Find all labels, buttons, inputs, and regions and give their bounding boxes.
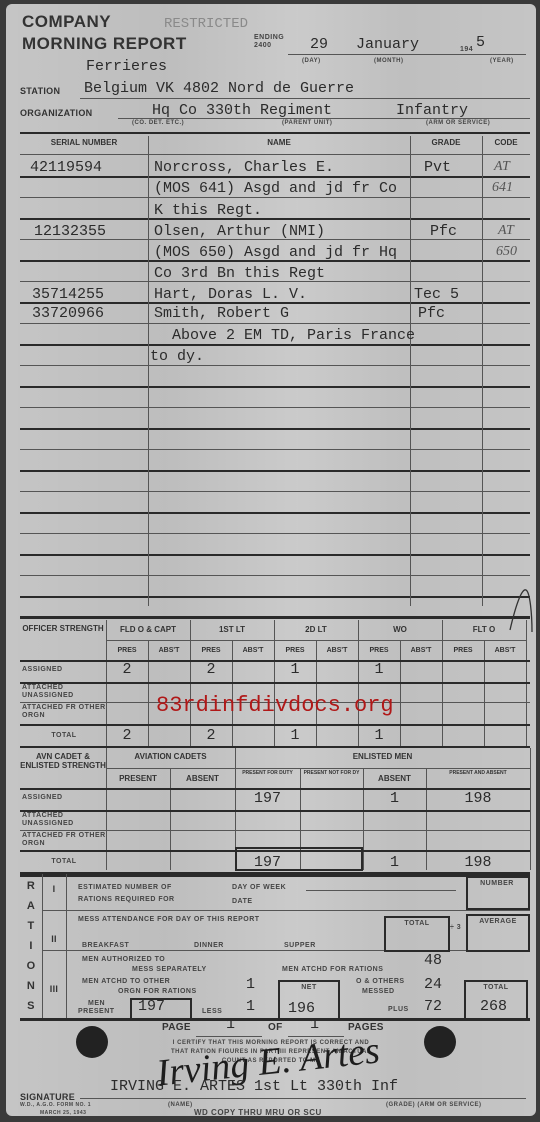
org-caption-arm: (ARM OR SERVICE) xyxy=(426,120,490,126)
roster-rule xyxy=(20,533,530,534)
officer-count-cell: 2 xyxy=(106,727,148,744)
mess-separately-label-1: MEN AUTHORIZED TO xyxy=(82,956,165,963)
officer-group-header: WO xyxy=(358,625,442,634)
officer-col-divider xyxy=(148,640,149,746)
section-1-numeral: I xyxy=(42,884,66,894)
ending-time: 2400 xyxy=(254,42,272,49)
mess-attendance-label: MESS ATTENDANCE FOR DAY OF THIS REPORT xyxy=(78,916,260,923)
enlisted-col-header: ABSENT xyxy=(170,774,235,783)
officer-subcol-header: ABS'T xyxy=(400,647,442,654)
rations-required-label: RATIONS REQUIRED FOR xyxy=(78,896,175,903)
officer-count-cell: 1 xyxy=(358,727,400,744)
serial-number: 33720966 xyxy=(32,305,104,322)
enlisted-subheader-rule xyxy=(106,768,530,769)
officer-row-label: ATTACHED UNASSIGNED xyxy=(22,684,106,700)
roster-column-divider xyxy=(482,136,483,606)
men-atchd-for-rations-value: 48 xyxy=(424,952,442,969)
net-label: NET xyxy=(278,984,340,991)
serial-number: 35714255 xyxy=(32,286,104,303)
of-value: 1 xyxy=(310,1016,319,1033)
enlisted-col-divider xyxy=(170,768,171,870)
station-label: STATION xyxy=(20,86,60,96)
organization-unit: Hq Co 330th Regiment xyxy=(152,102,332,119)
roster-rule xyxy=(20,323,530,324)
soldier-name: Hart, Doras L. V. xyxy=(154,286,307,303)
rations-side-letter: R xyxy=(20,880,42,892)
serial-number: 42119594 xyxy=(30,159,102,176)
officers-others-value: 24 xyxy=(424,976,442,993)
code: 650 xyxy=(496,244,517,260)
rations-total-label: TOTAL xyxy=(464,984,528,991)
signer-typed-name: IRVING E. ARTES 1st Lt 330th Inf xyxy=(110,1078,398,1095)
supper-label: SUPPER xyxy=(284,942,316,949)
roster-rule xyxy=(20,575,530,576)
roster-column-divider xyxy=(148,136,149,606)
officer-row-rule xyxy=(20,724,530,726)
station-underline xyxy=(80,98,530,99)
rations-bottom-rule xyxy=(20,1018,530,1021)
signature-label: SIGNATURE xyxy=(20,1092,75,1102)
grade: Tec 5 xyxy=(414,286,459,303)
enlisted-count-cell: 198 xyxy=(426,854,530,871)
enlisted-men-header: ENLISTED MEN xyxy=(235,752,530,761)
of-label: OF xyxy=(268,1022,283,1033)
average-label: AVERAGE xyxy=(466,918,530,925)
men-atchd-other-label-2: ORGN FOR RATIONS xyxy=(118,988,197,995)
number-label: NUMBER xyxy=(466,880,528,887)
officer-subcol-header: PRES xyxy=(106,647,148,654)
col-code: CODE xyxy=(482,138,530,147)
present-total-box xyxy=(235,847,363,871)
rations-section-divider xyxy=(66,874,67,1018)
less-label: LESS xyxy=(202,1008,222,1015)
signature-underline xyxy=(80,1098,526,1099)
men-present-value: 197 xyxy=(138,998,165,1015)
officer-count-cell: 1 xyxy=(274,661,316,678)
enlisted-row-label: ATTACHED FR OTHER ORGN xyxy=(22,832,106,848)
year-caption: (YEAR) xyxy=(490,58,514,64)
officer-row-label: ASSIGNED xyxy=(22,666,106,674)
rations-side-letter: I xyxy=(20,940,42,952)
routing-note: WD COPY THRU MRU OR SCU xyxy=(194,1108,322,1117)
men-atchd-other-value: 1 xyxy=(246,976,255,993)
col-serial-number: SERIAL NUMBER xyxy=(20,138,148,147)
enlisted-col-divider xyxy=(530,748,531,870)
enlisted-col-header: PRESENT AND ABSENT xyxy=(426,770,530,777)
restricted-stamp: RESTRICTED xyxy=(164,16,248,32)
enlisted-row-label: TOTAL xyxy=(22,858,106,866)
enlisted-strength-title: AVN CADET & ENLISTED STRENGTH xyxy=(20,752,106,770)
station-extra: Ferrieres xyxy=(86,58,167,75)
officer-col-divider xyxy=(400,640,401,746)
breakfast-label: BREAKFAST xyxy=(82,942,129,949)
enlisted-row-label: ATTACHED UNASSIGNED xyxy=(22,812,106,828)
roster-rule xyxy=(20,554,530,556)
officer-subcol-header: PRES xyxy=(358,647,400,654)
rations-top-rule xyxy=(20,874,530,877)
officer-count-cell: 2 xyxy=(190,661,232,678)
section-2-numeral: II xyxy=(42,934,66,944)
officer-group-header: FLD O & CAPT xyxy=(106,625,190,634)
officer-subcol-header: ABS'T xyxy=(484,647,526,654)
watermark: 83rdinfdivdocs.org xyxy=(156,693,394,718)
code: AT xyxy=(498,223,514,239)
soldier-name: Co 3rd Bn this Regt xyxy=(154,265,325,282)
plus-label: PLUS xyxy=(388,1006,409,1013)
mess-total-label: TOTAL xyxy=(384,920,450,927)
binder-hole-right-icon xyxy=(424,1026,456,1058)
page-label: PAGE xyxy=(162,1022,191,1033)
soldier-name: (MOS 650) Asgd and jd fr Hq xyxy=(154,244,397,261)
officer-group-header: 2D LT xyxy=(274,625,358,634)
date-label: DATE xyxy=(232,898,253,905)
roster-rule xyxy=(20,470,530,472)
soldier-name: Smith, Robert G xyxy=(154,305,289,322)
organization-underline xyxy=(118,118,530,119)
rations-rule xyxy=(42,950,530,951)
men-atchd-for-rations-label: MEN ATCHD FOR RATIONS xyxy=(282,966,383,973)
org-caption-parent: (PARENT UNIT) xyxy=(282,120,332,126)
grade: Pvt xyxy=(424,159,451,176)
aviation-cadets-header: AVIATION CADETS xyxy=(106,752,235,761)
roster-rule xyxy=(20,344,530,346)
col-name: NAME xyxy=(148,138,410,147)
enlisted-count-cell: 1 xyxy=(363,790,426,807)
enlisted-row-rule xyxy=(20,830,530,831)
roster-rule xyxy=(20,596,530,598)
plus-value: 72 xyxy=(424,998,442,1015)
rations-total-value: 268 xyxy=(480,998,507,1015)
title-line-1: COMPANY xyxy=(22,12,111,32)
roster-rule xyxy=(20,449,530,450)
rations-side-letter: A xyxy=(20,900,42,912)
men-atchd-other-label-1: MEN ATCHD TO OTHER xyxy=(82,978,170,985)
page-value: 1 xyxy=(226,1016,235,1033)
rations-side-divider xyxy=(42,874,43,1018)
officer-subcol-header: PRES xyxy=(274,647,316,654)
dinner-label: DINNER xyxy=(194,942,224,949)
form-number: W.D., A.G.O. FORM NO. 1 xyxy=(20,1102,91,1108)
col-grade: GRADE xyxy=(410,138,482,147)
officer-subcol-header: PRES xyxy=(442,647,484,654)
enlisted-count-cell: 197 xyxy=(235,790,300,807)
roster-rule xyxy=(20,365,530,366)
officer-subcol-header: ABS'T xyxy=(148,647,190,654)
officer-subcol-header: ABS'T xyxy=(316,647,358,654)
roster-rule xyxy=(20,512,530,514)
roster-rule xyxy=(20,386,530,388)
code: AT xyxy=(494,159,510,175)
report-year-digit: 5 xyxy=(476,34,485,51)
month-caption: (MONTH) xyxy=(374,58,404,64)
report-day: 29 xyxy=(310,36,328,53)
men-present-label-1: MEN xyxy=(88,1000,105,1007)
rations-side-letter: S xyxy=(20,1000,42,1012)
roster-rule xyxy=(20,176,530,178)
date-underline xyxy=(288,54,526,55)
officer-subheader-rule xyxy=(106,640,526,641)
roster-rule xyxy=(20,197,530,198)
roster-rule xyxy=(20,491,530,492)
soldier-name: Olsen, Arthur (NMI) xyxy=(154,223,325,240)
enlisted-col-header: PRESENT xyxy=(106,774,170,783)
grade: Pfc xyxy=(418,305,445,322)
soldier-name: K this Regt. xyxy=(154,202,262,219)
ending-label: ENDING xyxy=(254,34,284,41)
officer-count-cell: 2 xyxy=(106,661,148,678)
soldier-name: Norcross, Charles E. xyxy=(154,159,334,176)
enlisted-col-header: PRESENT NOT FOR DY xyxy=(300,770,363,777)
rations-rule xyxy=(42,910,530,911)
officer-row-rule xyxy=(20,746,530,748)
station-value: Belgium VK 4802 Nord de Guerre xyxy=(84,80,354,97)
header-divider xyxy=(20,132,530,134)
roster-header-rule xyxy=(20,154,530,155)
grade-caption: (GRADE) (ARM OR SERVICE) xyxy=(386,1102,482,1108)
year-prefix: 194 xyxy=(460,46,473,53)
less-value: 1 xyxy=(246,998,255,1015)
officer-count-cell: 1 xyxy=(358,661,400,678)
report-month: January xyxy=(356,36,419,53)
soldier-name: to dy. xyxy=(150,348,204,365)
officer-row-label: ATTACHED FR OTHER ORGN xyxy=(22,704,106,720)
soldier-name: (MOS 641) Asgd and jd fr Co xyxy=(154,180,397,197)
officers-others-label-2: MESSED xyxy=(362,988,395,995)
officer-count-cell: 1 xyxy=(274,727,316,744)
roster-rule xyxy=(20,407,530,408)
rations-side-letter: N xyxy=(20,980,42,992)
roster-rule xyxy=(20,218,530,220)
day-of-week-line xyxy=(306,890,456,891)
soldier-name: Above 2 EM TD, Paris France xyxy=(154,327,415,344)
officer-strength-title: OFFICER STRENGTH xyxy=(20,624,106,633)
organization-arm: Infantry xyxy=(396,102,468,119)
name-caption: (NAME) xyxy=(168,1102,193,1108)
organization-label: ORGANIZATION xyxy=(20,108,92,118)
day-caption: (DAY) xyxy=(302,58,321,64)
enlisted-col-header: PRESENT FOR DUTY xyxy=(235,770,300,777)
men-present-label-2: PRESENT xyxy=(78,1008,115,1015)
roster-rule xyxy=(20,428,530,430)
enlisted-count-cell: 198 xyxy=(426,790,530,807)
org-caption-co: (CO. DET. ETC.) xyxy=(132,120,184,126)
section-3-numeral: III xyxy=(42,984,66,994)
morning-report-card: COMPANY MORNING REPORT RESTRICTED ENDING… xyxy=(6,4,536,1116)
page-underline xyxy=(196,1036,262,1037)
roster-column-divider xyxy=(410,136,411,606)
net-value: 196 xyxy=(288,1000,315,1017)
enlisted-count-cell: 1 xyxy=(363,854,426,871)
officer-group-header: 1ST LT xyxy=(190,625,274,634)
serial-number: 12132355 xyxy=(34,223,106,240)
roster-bottom-rule xyxy=(20,616,530,619)
officer-col-divider xyxy=(484,640,485,746)
divide-by-three: ÷ 3 xyxy=(450,924,464,931)
code: 641 xyxy=(492,180,513,196)
officer-row-label: TOTAL xyxy=(22,732,106,740)
officer-subcol-header: ABS'T xyxy=(232,647,274,654)
day-of-week-label: DAY OF WEEK xyxy=(232,884,286,891)
rations-side-letter: T xyxy=(20,920,42,932)
binder-hole-left-icon xyxy=(76,1026,108,1058)
enlisted-col-header: ABSENT xyxy=(363,774,426,783)
form-date: MARCH 25, 1943 xyxy=(40,1110,86,1116)
officer-subcol-header: PRES xyxy=(190,647,232,654)
mess-separately-label-2: MESS SEPARATELY xyxy=(132,966,207,973)
officers-others-label-1: O & OTHERS xyxy=(356,978,405,985)
grade: Pfc xyxy=(430,223,457,240)
rations-side-letter: O xyxy=(20,960,42,972)
estimated-rations-label: ESTIMATED NUMBER OF xyxy=(78,884,172,891)
officer-group-header: FLT O xyxy=(442,625,526,634)
title-line-2: MORNING REPORT xyxy=(22,34,187,54)
enlisted-row-label: ASSIGNED xyxy=(22,794,106,802)
officer-count-cell: 2 xyxy=(190,727,232,744)
